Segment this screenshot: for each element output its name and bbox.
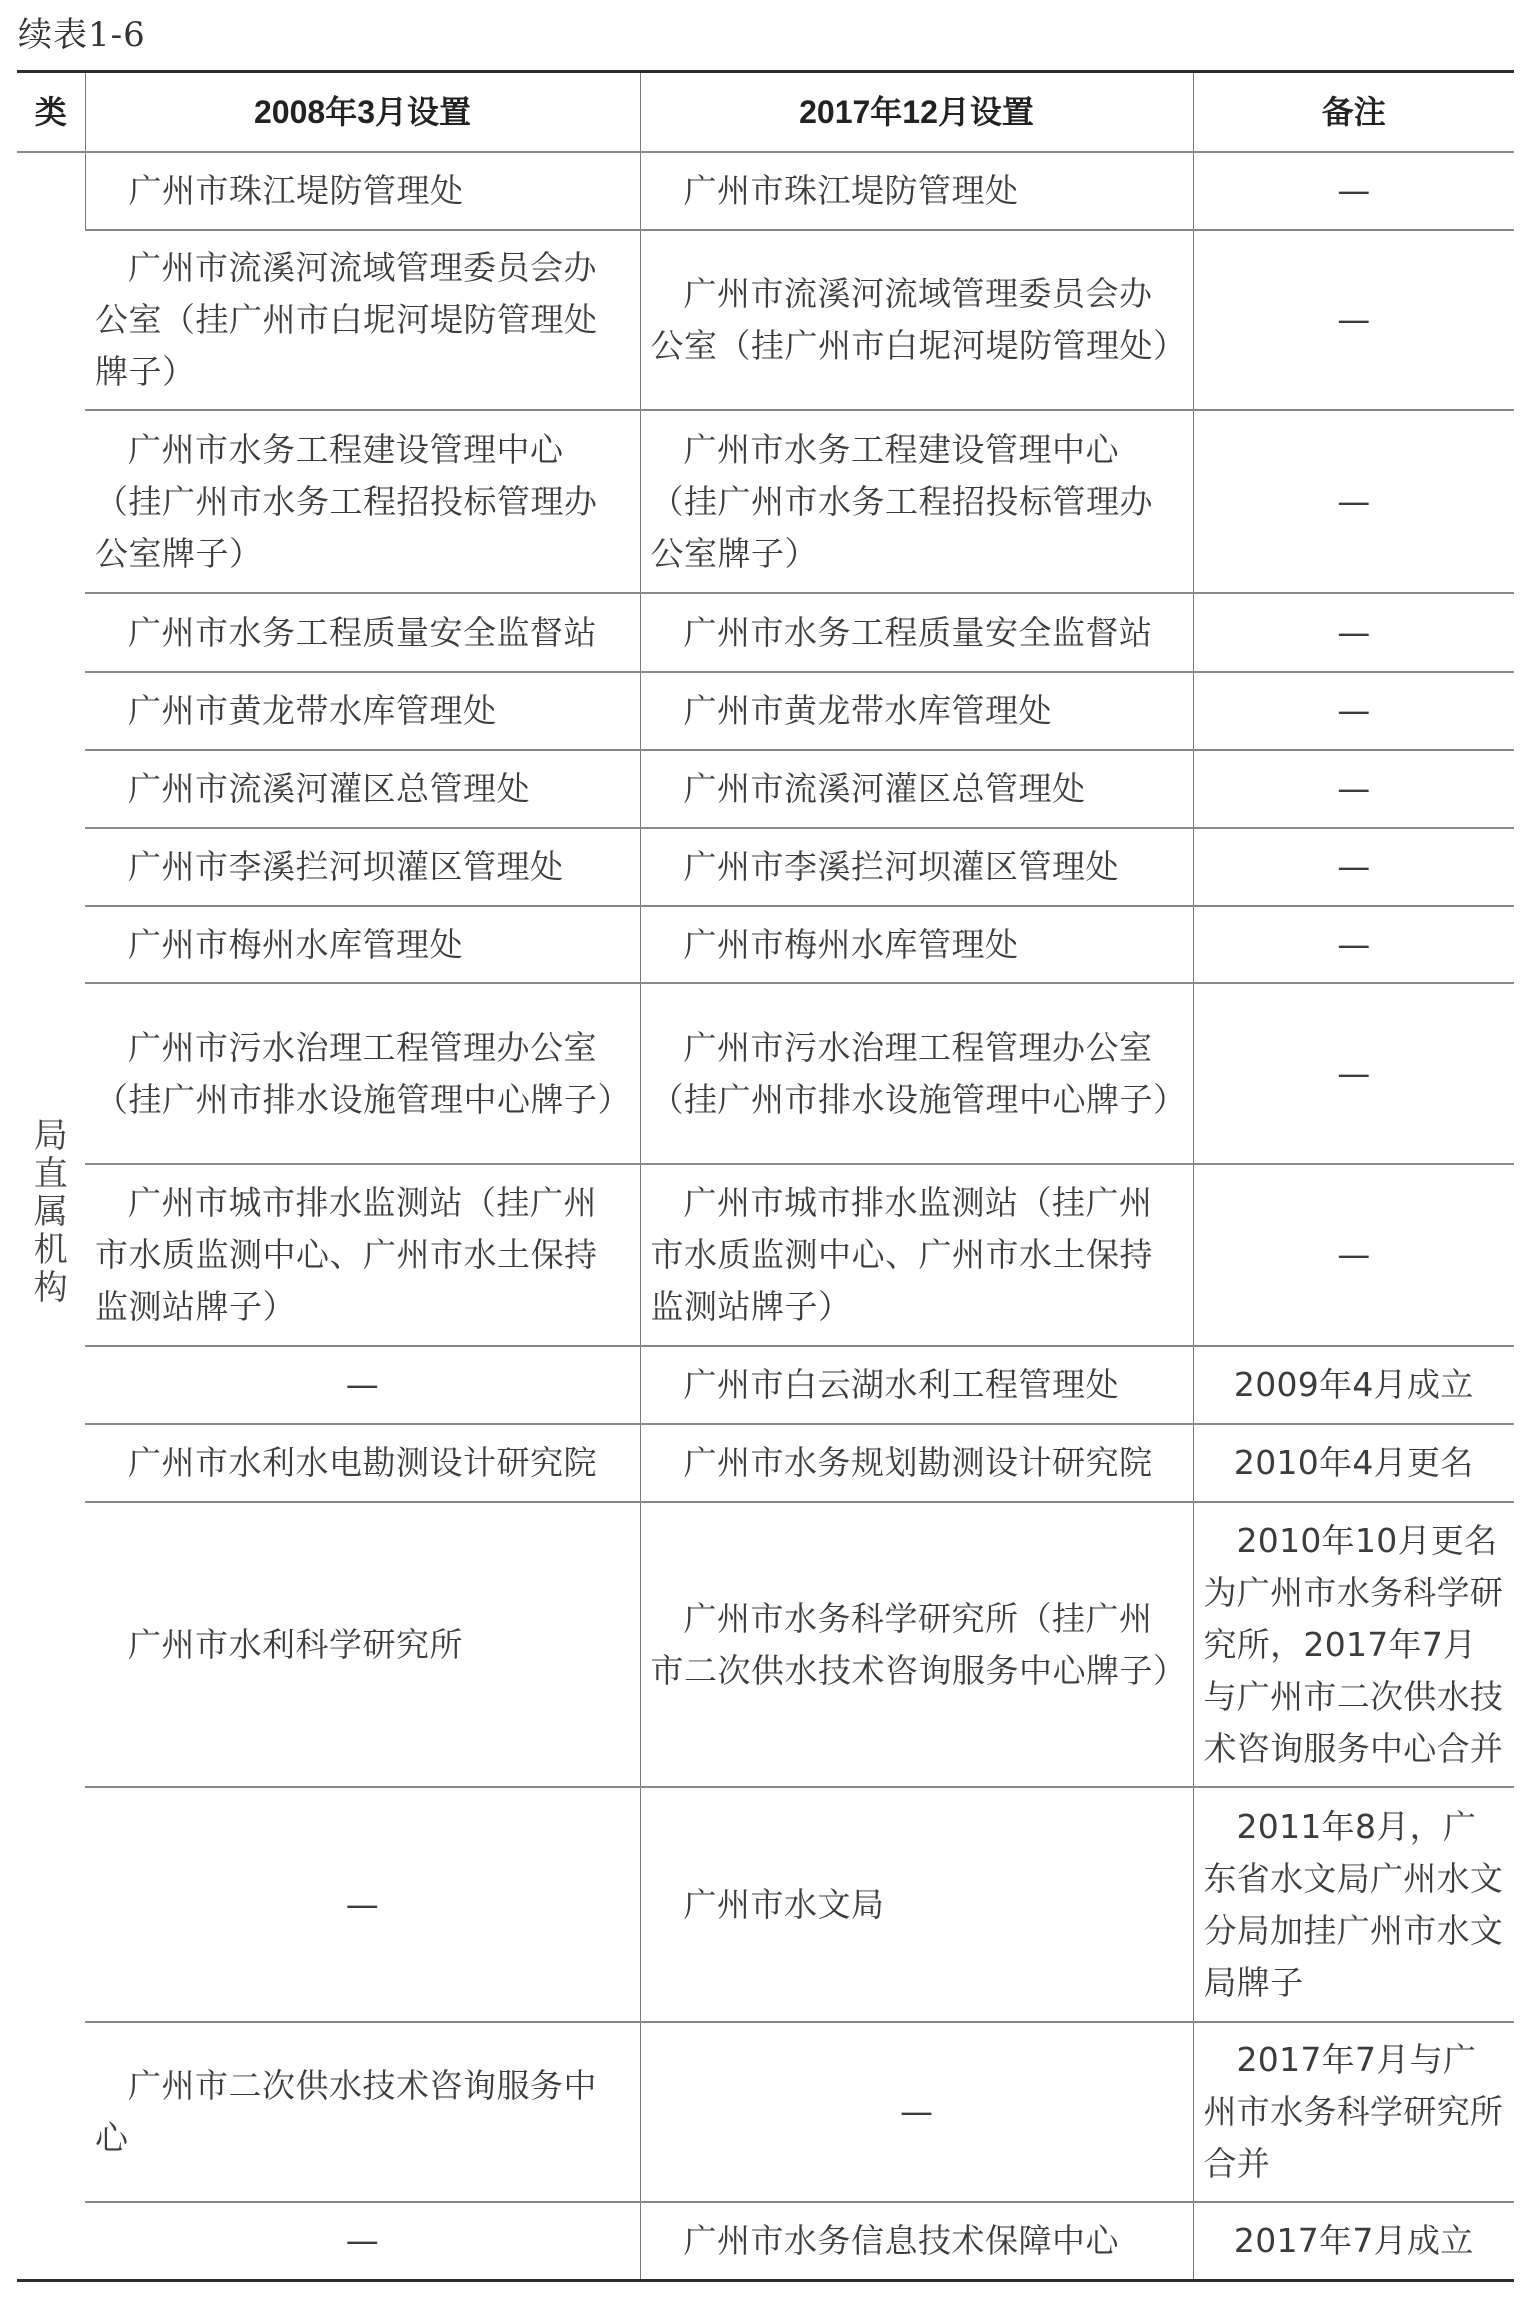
table-row: 广州市二次供水技术咨询服务中心 — 2017年7月与广州市水务科学研究所合并 <box>17 2022 1514 2202</box>
table-row: 局直属机构 广州市珠江堤防管理处 广州市珠江堤防管理处 — <box>17 152 1514 230</box>
cell-setup-2008: 广州市黄龙带水库管理处 <box>85 672 640 750</box>
cell-setup-2008: 广州市流溪河灌区总管理处 <box>85 750 640 828</box>
table-row: 广州市李溪拦河坝灌区管理处 广州市李溪拦河坝灌区管理处 — <box>17 828 1514 906</box>
cell-note: — <box>1193 410 1514 593</box>
table-row: 广州市流溪河灌区总管理处 广州市流溪河灌区总管理处 — <box>17 750 1514 828</box>
cell-setup-2017: 广州市城市排水监测站（挂广州市水质监测中心、广州市水土保持监测站牌子） <box>640 1164 1193 1346</box>
cell-setup-2017: 广州市黄龙带水库管理处 <box>640 672 1193 750</box>
cell-setup-2008: 广州市二次供水技术咨询服务中心 <box>85 2022 640 2202</box>
cell-note: 2011年8月，广东省水文局广州水文分局加挂广州市水文局牌子 <box>1193 1787 1514 2022</box>
cell-setup-2017: 广州市白云湖水利工程管理处 <box>640 1346 1193 1424</box>
cell-setup-2008: 广州市李溪拦河坝灌区管理处 <box>85 828 640 906</box>
cell-setup-2008: 广州市城市排水监测站（挂广州市水质监测中心、广州市水土保持监测站牌子） <box>85 1164 640 1346</box>
cell-note: 2010年4月更名 <box>1193 1424 1514 1502</box>
table-row: 广州市水利水电勘测设计研究院 广州市水务规划勘测设计研究院 2010年4月更名 <box>17 1424 1514 1502</box>
table-row: — 广州市水务信息技术保障中心 2017年7月成立 <box>17 2202 1514 2280</box>
table-row: 广州市流溪河流域管理委员会办公室（挂广州市白坭河堤防管理处牌子） 广州市流溪河流… <box>17 230 1514 410</box>
cell-setup-2008: 广州市污水治理工程管理办公室（挂广州市排水设施管理中心牌子） <box>85 983 640 1164</box>
cell-note: — <box>1193 672 1514 750</box>
header-note: 备注 <box>1193 72 1514 153</box>
cell-setup-2008: 广州市流溪河流域管理委员会办公室（挂广州市白坭河堤防管理处牌子） <box>85 230 640 410</box>
cell-setup-2008: — <box>85 2202 640 2280</box>
cell-setup-2008: — <box>85 1787 640 2022</box>
table-row: 广州市黄龙带水库管理处 广州市黄龙带水库管理处 — <box>17 672 1514 750</box>
cell-setup-2008: 广州市水务工程质量安全监督站 <box>85 593 640 672</box>
cell-note: — <box>1193 750 1514 828</box>
cell-setup-2017: 广州市李溪拦河坝灌区管理处 <box>640 828 1193 906</box>
cell-note: — <box>1193 152 1514 230</box>
table-row: 广州市水务工程质量安全监督站 广州市水务工程质量安全监督站 — <box>17 593 1514 672</box>
header-setup-2008: 2008年3月设置 <box>85 72 640 153</box>
cell-note: 2010年10月更名为广州市水务科学研究所，2017年7月与广州市二次供水技术咨… <box>1193 1502 1514 1787</box>
cell-setup-2017: 广州市流溪河流域管理委员会办公室（挂广州市白坭河堤防管理处） <box>640 230 1193 410</box>
organization-table: 类 2008年3月设置 2017年12月设置 备注 局直属机构 广州市珠江堤防管… <box>17 70 1514 2282</box>
cell-note: — <box>1193 983 1514 1164</box>
cell-note: 2017年7月与广州市水务科学研究所合并 <box>1193 2022 1514 2202</box>
cell-note: — <box>1193 230 1514 410</box>
table-row: 广州市水利科学研究所 广州市水务科学研究所（挂广州市二次供水技术咨询服务中心牌子… <box>17 1502 1514 1787</box>
cell-note: — <box>1193 906 1514 983</box>
category-cell: 局直属机构 <box>17 152 85 2280</box>
table-row: 广州市污水治理工程管理办公室（挂广州市排水设施管理中心牌子） 广州市污水治理工程… <box>17 983 1514 1164</box>
header-category: 类 <box>17 72 85 153</box>
table-row: — 广州市水文局 2011年8月，广东省水文局广州水文分局加挂广州市水文局牌子 <box>17 1787 1514 2022</box>
cell-setup-2008: 广州市梅州水库管理处 <box>85 906 640 983</box>
cell-setup-2008: 广州市珠江堤防管理处 <box>85 152 640 230</box>
cell-setup-2017: — <box>640 2022 1193 2202</box>
table-title: 续表1-6 <box>18 14 146 56</box>
cell-setup-2017: 广州市水务工程质量安全监督站 <box>640 593 1193 672</box>
table-row: 广州市城市排水监测站（挂广州市水质监测中心、广州市水土保持监测站牌子） 广州市城… <box>17 1164 1514 1346</box>
cell-setup-2017: 广州市水务信息技术保障中心 <box>640 2202 1193 2280</box>
header-row: 类 2008年3月设置 2017年12月设置 备注 <box>17 72 1514 153</box>
cell-setup-2017: 广州市梅州水库管理处 <box>640 906 1193 983</box>
cell-setup-2017: 广州市水文局 <box>640 1787 1193 2022</box>
cell-note: — <box>1193 593 1514 672</box>
cell-setup-2017: 广州市污水治理工程管理办公室（挂广州市排水设施管理中心牌子） <box>640 983 1193 1164</box>
cell-note: — <box>1193 1164 1514 1346</box>
cell-setup-2008: 广州市水利科学研究所 <box>85 1502 640 1787</box>
cell-note: 2017年7月成立 <box>1193 2202 1514 2280</box>
cell-setup-2017: 广州市流溪河灌区总管理处 <box>640 750 1193 828</box>
table-row: — 广州市白云湖水利工程管理处 2009年4月成立 <box>17 1346 1514 1424</box>
table-row: 广州市梅州水库管理处 广州市梅州水库管理处 — <box>17 906 1514 983</box>
cell-setup-2008: 广州市水利水电勘测设计研究院 <box>85 1424 640 1502</box>
header-setup-2017: 2017年12月设置 <box>640 72 1193 153</box>
cell-setup-2008: — <box>85 1346 640 1424</box>
cell-note: 2009年4月成立 <box>1193 1346 1514 1424</box>
cell-note: — <box>1193 828 1514 906</box>
table-row: 广州市水务工程建设管理中心（挂广州市水务工程招投标管理办公室牌子） 广州市水务工… <box>17 410 1514 593</box>
cell-setup-2017: 广州市水务规划勘测设计研究院 <box>640 1424 1193 1502</box>
cell-setup-2017: 广州市水务工程建设管理中心（挂广州市水务工程招投标管理办公室牌子） <box>640 410 1193 593</box>
cell-setup-2017: 广州市珠江堤防管理处 <box>640 152 1193 230</box>
cell-setup-2008: 广州市水务工程建设管理中心（挂广州市水务工程招投标管理办公室牌子） <box>85 410 640 593</box>
cell-setup-2017: 广州市水务科学研究所（挂广州市二次供水技术咨询服务中心牌子） <box>640 1502 1193 1787</box>
category-label: 局直属机构 <box>33 1117 69 1307</box>
